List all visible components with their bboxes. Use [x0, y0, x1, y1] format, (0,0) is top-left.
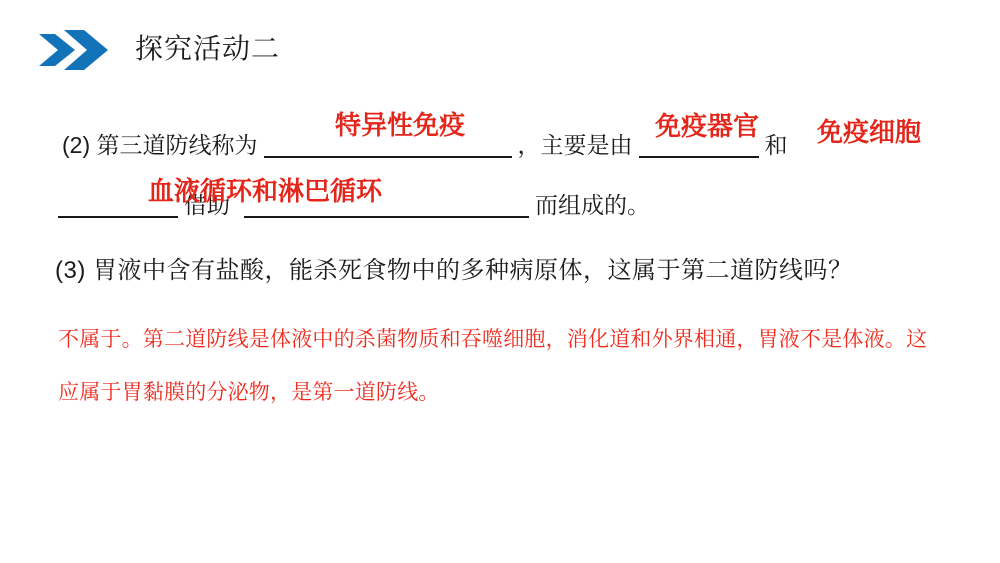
q2-answer-blank-1: 特异性免疫: [335, 111, 465, 140]
question-3-text: (3) 胃液中含有盐酸，能杀死食物中的多种病原体，这属于第二道防线吗？: [55, 257, 853, 286]
q2-text-part2: ，主要是由: [518, 132, 633, 158]
q2-answer-blank-4: 血液循环和淋巴循环: [148, 177, 382, 206]
double-chevron-right-icon: [38, 25, 110, 73]
header: 探究活动二: [38, 25, 280, 73]
q3-answer-line-1: 不属于。第二道防线是体液中的杀菌物质和吞噬细胞，消化道和外界相通，胃液不是体液。…: [58, 327, 927, 352]
q2-blank-4: [244, 214, 529, 218]
q2-text-part5: 而组成的。: [535, 192, 650, 218]
q2-blank-3: [58, 214, 178, 218]
section-title: 探究活动二: [135, 32, 280, 66]
q2-text-part1: (2) 第三道防线称为: [62, 132, 258, 158]
q3-answer-line-2: 应属于胃黏膜的分泌物，是第一道防线。: [58, 380, 440, 405]
q2-blank-2: [639, 154, 759, 158]
slide: 探究活动二 (2) 第三道防线称为，主要是由和 借助而组成的。 特异性免疫 免疫…: [0, 0, 1000, 563]
q2-answer-blank-2: 免疫器官: [655, 112, 759, 141]
q2-text-part3: 和: [765, 132, 788, 158]
q2-blank-1: [264, 154, 512, 158]
q2-answer-blank-3: 免疫细胞: [817, 118, 921, 147]
